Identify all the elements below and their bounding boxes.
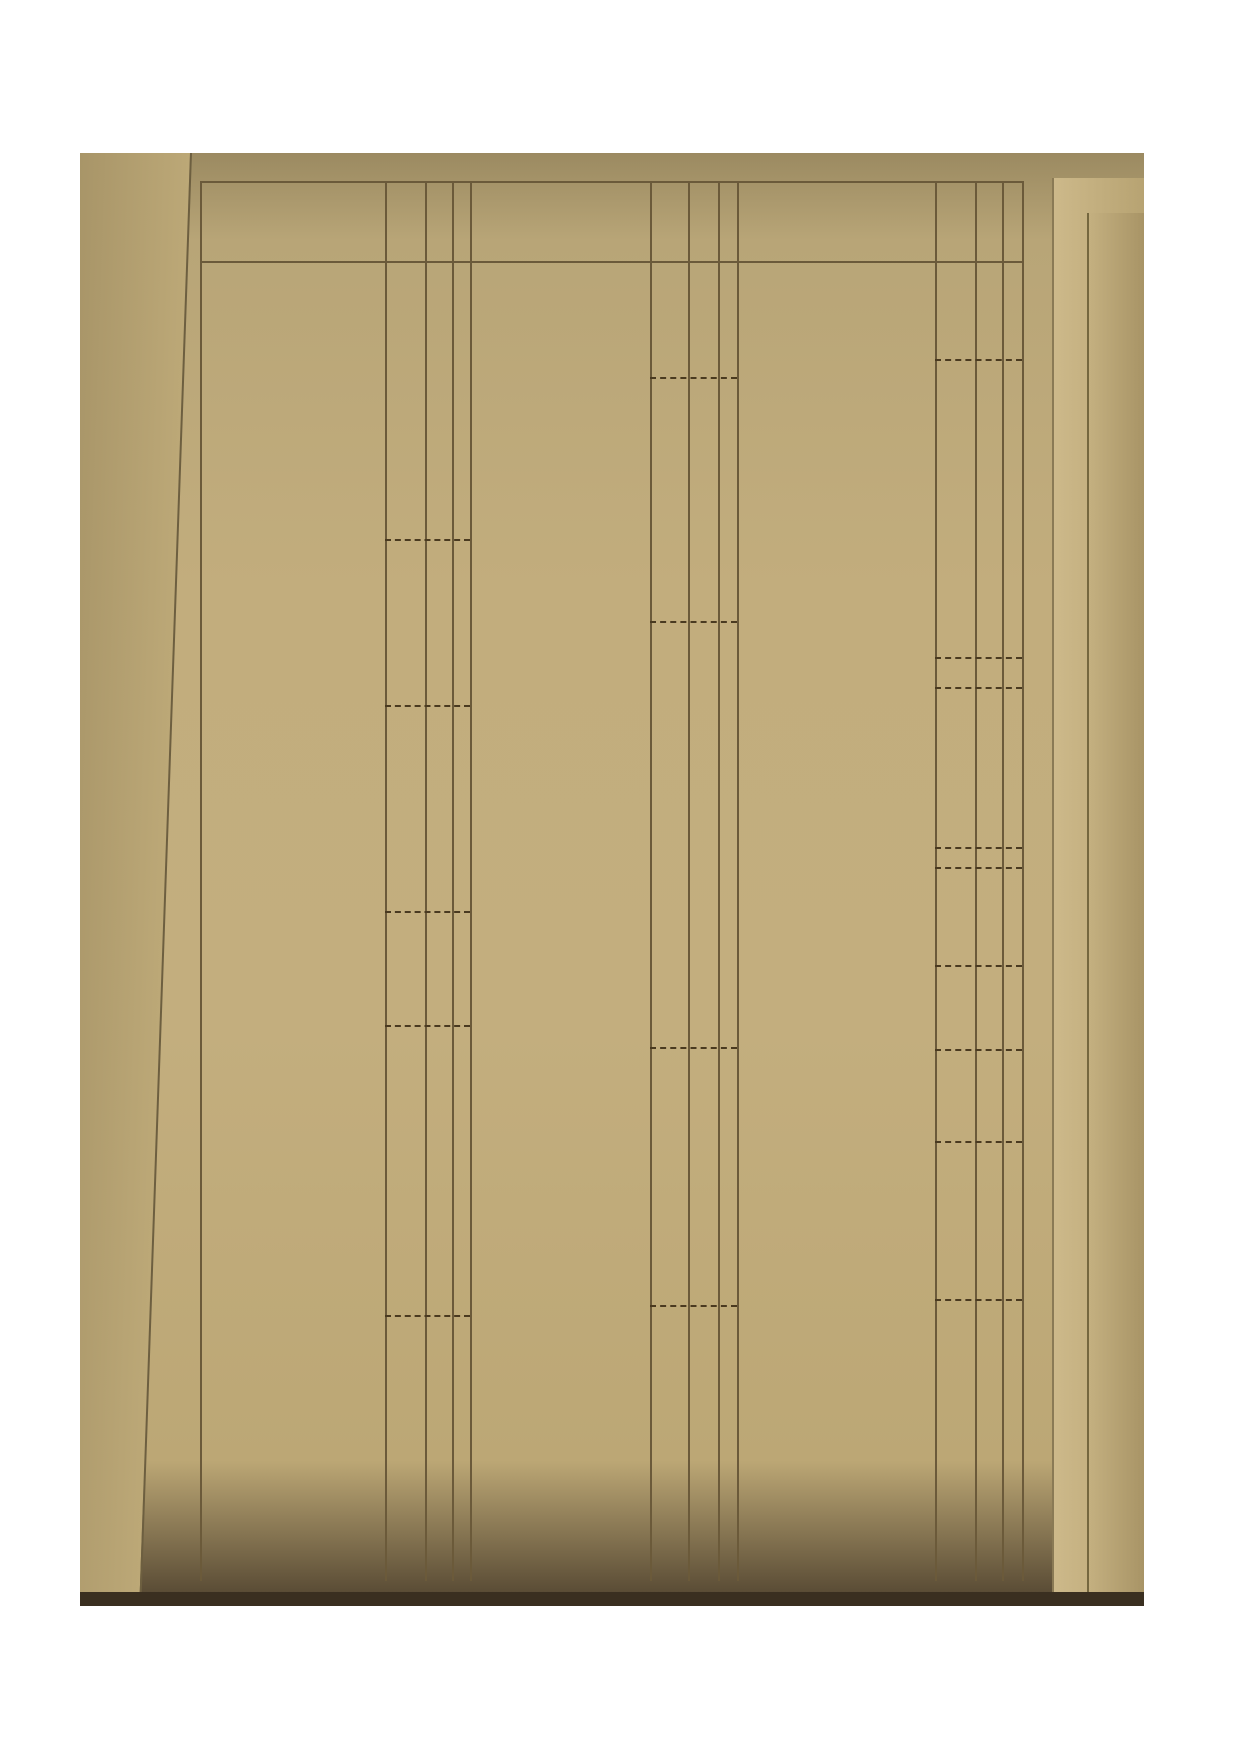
ledger-photograph	[80, 153, 1144, 1606]
facing-page-edge	[80, 153, 192, 1606]
book-bottom-edge	[80, 1592, 1144, 1606]
right-page-edges-back	[1087, 213, 1144, 1606]
ledger-page	[200, 181, 1060, 1581]
